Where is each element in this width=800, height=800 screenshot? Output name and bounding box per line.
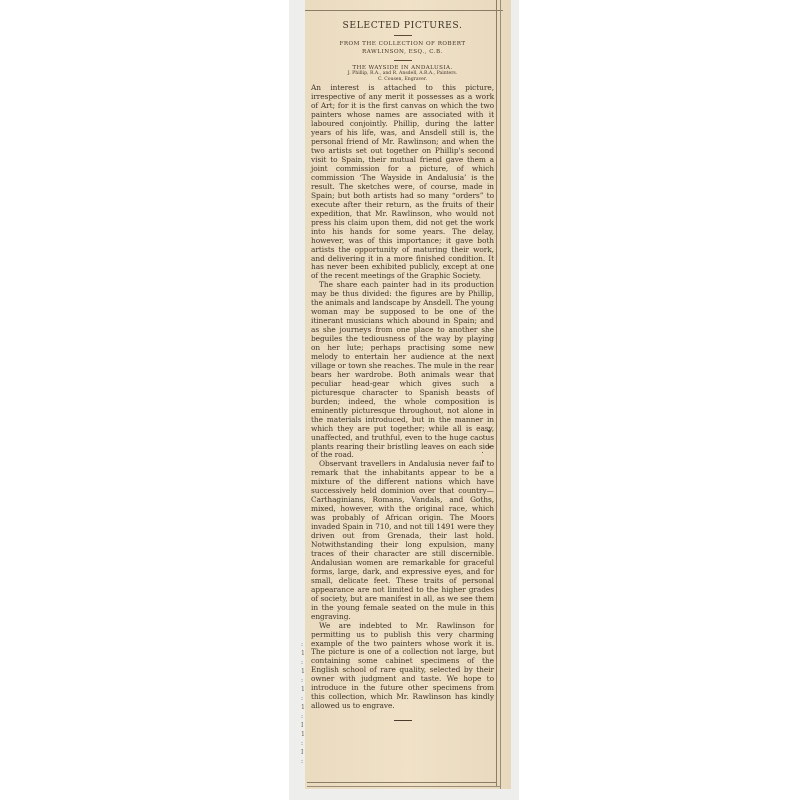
column-rule-right-outer bbox=[500, 0, 501, 789]
paragraph: Observant travellers in Andalusia never … bbox=[311, 460, 494, 621]
margin-marks: :1:1:1:1:I1:I: bbox=[301, 640, 305, 766]
subtitle-line-1: FROM THE COLLECTION OF ROBERT bbox=[311, 40, 494, 48]
subtitle-line-2: RAWLINSON, ESQ., C.B. bbox=[311, 48, 494, 56]
paragraph: An interest is attached to this picture,… bbox=[311, 84, 494, 281]
paragraph: We are indebted to Mr. Rawlinson for per… bbox=[311, 622, 494, 712]
collection-subtitle: FROM THE COLLECTION OF ROBERT RAWLINSON,… bbox=[311, 40, 494, 56]
divider bbox=[394, 60, 412, 61]
bottom-rule-outer bbox=[307, 786, 501, 787]
credits: J. Phillip, R.A., and R. Ansdell, A.R.A.… bbox=[311, 71, 494, 83]
column-rule-right bbox=[496, 0, 497, 786]
section-title: SELECTED PICTURES. bbox=[311, 20, 494, 31]
divider bbox=[394, 35, 412, 36]
article-column: SELECTED PICTURES. FROM THE COLLECTION O… bbox=[311, 14, 494, 721]
paragraph: The share each painter had in its produc… bbox=[311, 281, 494, 460]
top-rule bbox=[305, 10, 503, 11]
end-divider bbox=[394, 720, 412, 721]
bottom-rule bbox=[307, 782, 497, 783]
article-body: An interest is attached to this picture,… bbox=[311, 84, 494, 711]
